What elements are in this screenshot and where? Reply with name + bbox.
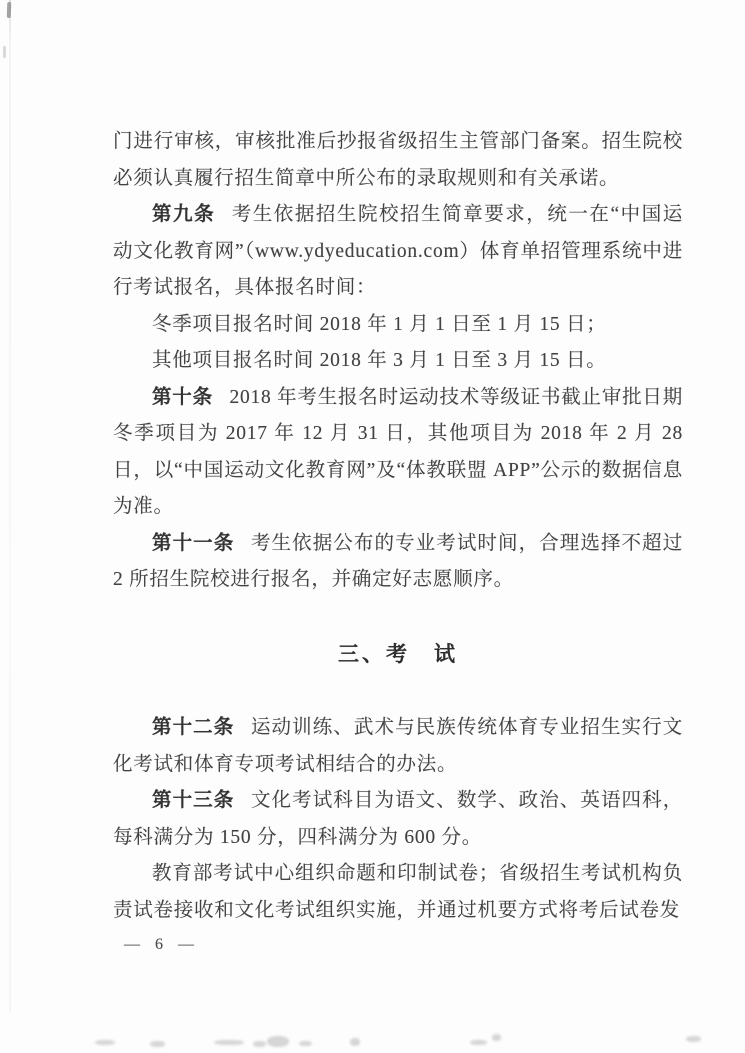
scan-mark-artifact (3, 46, 6, 58)
paragraph-text: 其他项目报名时间 2018 年 3 月 1 日至 3 月 15 日。 (152, 350, 607, 371)
paragraph-article-10: 第十条2018 年考生报名时运动技术等级证书截止审批日期冬季项目为 2017 年… (113, 380, 683, 526)
scan-smudge-artifact (299, 1041, 312, 1046)
paragraph-exam-admin: 教育部考试中心组织命题和印制试卷；省级招生考试机构负责试卷接收和文化考试组织实施… (113, 856, 683, 929)
scan-smudge-artifact (686, 1036, 701, 1042)
paragraph-text: 门进行审核，审核批准后抄报省级招生主管部门备案。招生院校必须认真履行招生简章中所… (113, 131, 683, 189)
paragraph-winter-deadline: 冬季项目报名时间 2018 年 1 月 1 日至 1 月 15 日； (113, 307, 683, 344)
paragraph: 门进行审核，审核批准后抄报省级招生主管部门备案。招生院校必须认真履行招生简章中所… (113, 124, 683, 197)
document-body: 门进行审核，审核批准后抄报省级招生主管部门备案。招生院校必须认真履行招生简章中所… (113, 124, 683, 929)
paragraph-article-13: 第十三条文化考试科目为语文、数学、政治、英语四科，每科满分为 150 分，四科满… (113, 783, 683, 856)
scan-edge-line-artifact (9, 0, 11, 1012)
page-number: — 6 — (124, 936, 197, 954)
article-label: 第九条 (152, 204, 215, 225)
article-label: 第十一条 (152, 533, 234, 554)
scan-smudge-artifact (267, 1036, 289, 1047)
scan-smudge-artifact (492, 1034, 501, 1041)
paragraph-article-12: 第十二条运动训练、武术与民族传统体育专业招生实行文化考试和体育专项考试相结合的办… (113, 710, 683, 783)
paragraph-article-9: 第九条考生依据招生院校招生简章要求，统一在“中国运动文化教育网”（www.ydy… (113, 197, 683, 307)
article-label: 第十三条 (152, 790, 234, 811)
scan-mark-artifact (7, 2, 12, 18)
article-label: 第十条 (152, 387, 213, 408)
scan-smudge-artifact (95, 1040, 115, 1045)
section-heading: 三、考 试 (113, 636, 683, 673)
paragraph-text: 冬季项目报名时间 2018 年 1 月 1 日至 1 月 15 日； (152, 314, 607, 335)
paragraph-article-11: 第十一条考生依据公布的专业考试时间，合理选择不超过 2 所招生院校进行报名，并确… (113, 526, 683, 599)
scan-smudge-artifact (470, 1040, 487, 1045)
paragraph-text: 教育部考试中心组织命题和印制试卷；省级招生考试机构负责试卷接收和文化考试组织实施… (113, 863, 683, 921)
scan-smudge-artifact (214, 1040, 244, 1045)
document-page: 门进行审核，审核批准后抄报省级招生主管部门备案。招生院校必须认真履行招生简章中所… (0, 0, 745, 1053)
scan-smudge-artifact (150, 1041, 165, 1047)
scan-smudge-artifact (350, 1038, 360, 1046)
paragraph-other-deadline: 其他项目报名时间 2018 年 3 月 1 日至 3 月 15 日。 (113, 343, 683, 380)
scan-smudge-artifact (253, 1041, 266, 1047)
article-label: 第十二条 (152, 717, 234, 738)
